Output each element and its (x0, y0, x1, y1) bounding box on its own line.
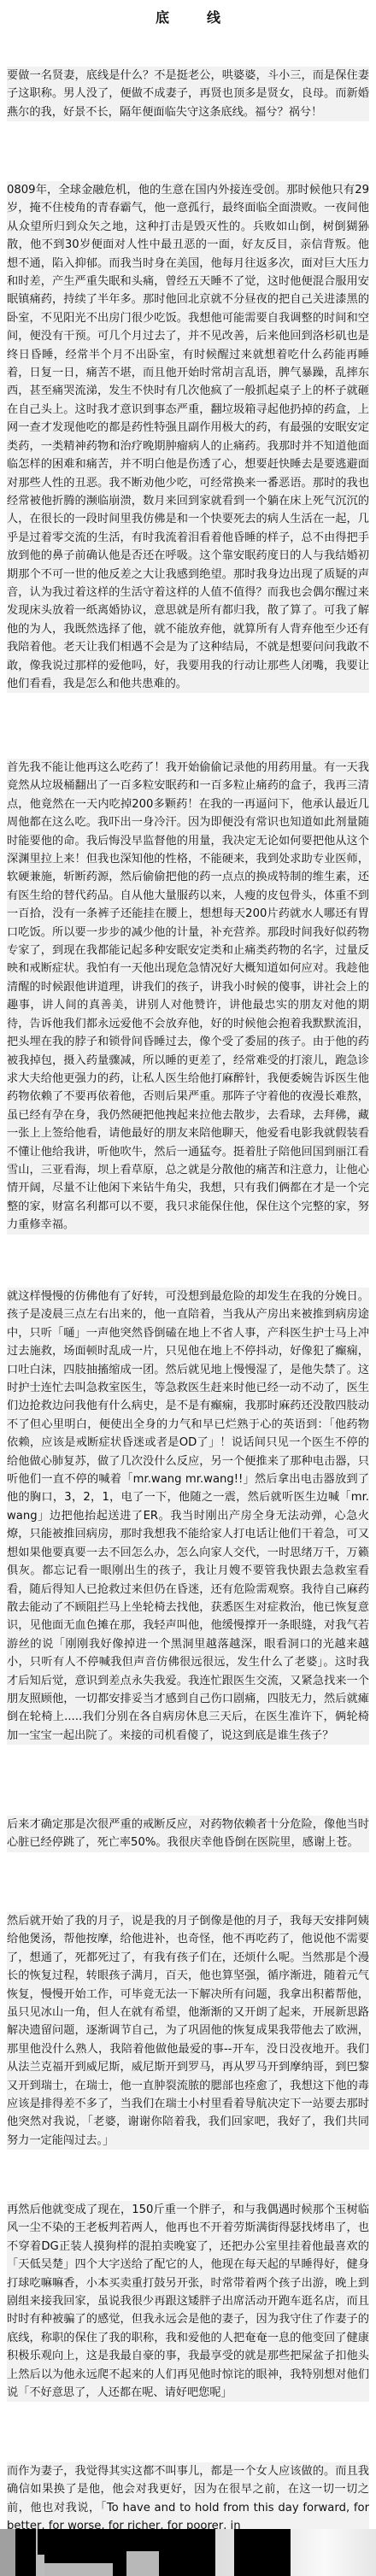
paragraph-4: 就这样慢慢的仿佛他有了好转，可没想到最危险的却发生在我的分娩日。孩子是凌晨三点左… (7, 1288, 369, 1745)
paragraph-7: 再然后他就变成了现在，150斤重一个胖子，和与我偶遇时候那个玉树临风一尘不染的王… (7, 2201, 369, 2402)
paragraph-5: 后来才确定那是次很严重的戒断反应，对药物依赖者十分危险，像他当时心脏已经停跳了，… (7, 1816, 369, 1852)
paragraph-3: 首先我不能让他再这么吃药了！我开始偷偷记录他的用药用量。有一天我竟然从垃圾桶翻出… (7, 759, 369, 1235)
article-title: 底 线 (0, 7, 376, 26)
paragraph-8: 而作为妻子，我觉得其实这都不叫事儿，都是一个女人应该做的。而且我确信如果换了是他… (7, 2462, 369, 2536)
paragraph-6: 然后就开始了我的月子，说是我的月子倒像是他的月子，我每天安排阿姨给他煲汤，帮他按… (7, 1912, 369, 2150)
paragraph-2: 0809年，全球金融危机，他的生意在国内外接连受创。那时候他只有29岁，掩不住棱… (7, 181, 369, 693)
paragraph-1: 要做一名贤妻，底线是什么？不是挺老公，哄婆婆，斗小三，而是保住妻子这职称。男人没… (7, 67, 369, 121)
image-corruption-artifact (0, 2529, 376, 2576)
